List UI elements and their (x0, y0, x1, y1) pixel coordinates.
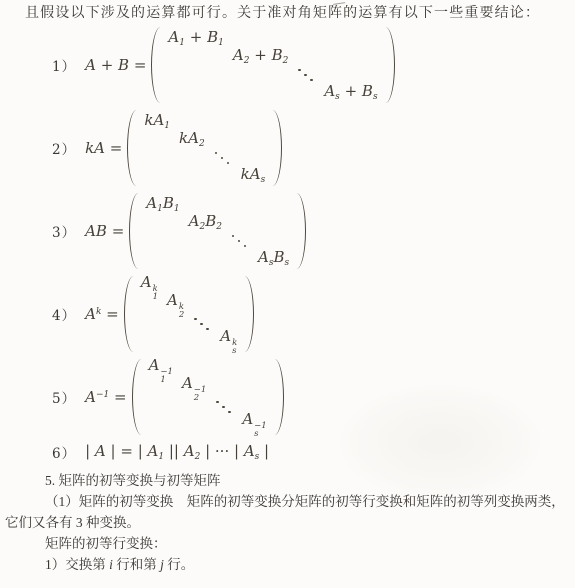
math-atom: B1 (207, 28, 224, 46)
math-atom-base: A (324, 82, 335, 100)
subscript: 1 (174, 204, 180, 214)
math-atom-base: A (182, 374, 193, 392)
math-atom: = (109, 388, 126, 406)
math-atom: B2 (205, 212, 222, 230)
math-atom-base: AB (85, 222, 107, 240)
math-atom-base: B (362, 82, 373, 100)
determinant-expression: | A | = | A1 || A2 | ··· | As | (85, 441, 269, 467)
subscript: 2 (199, 139, 205, 149)
math-atom-base: A (148, 442, 159, 460)
math-atom-base: A (146, 194, 157, 212)
math-atom-base: kA (85, 139, 105, 157)
math-atom: B1 (163, 194, 180, 212)
formula-6-label: 6） (52, 444, 76, 464)
subscript: s (284, 258, 289, 268)
math-atom: A2 (184, 442, 201, 460)
math-atom: A−12 (182, 374, 206, 392)
math-atom: = (101, 305, 118, 323)
math-atom: || (164, 442, 184, 460)
subscript: s (261, 175, 266, 185)
math-atom: = (129, 56, 146, 74)
math-atom-base: = (101, 305, 118, 323)
math-atom: | (85, 442, 95, 460)
subscript: 1 (153, 293, 158, 301)
formula-4-label: 4） (52, 304, 76, 324)
math-atom-base: 行和第 (113, 557, 160, 572)
formula-4: 4）Ak =Ak1Ak2Aks (52, 275, 575, 353)
math-atom-base: = (105, 139, 122, 157)
math-atom: AB (85, 222, 107, 240)
math-atom-base: B (272, 46, 283, 64)
matrix-entry: A−12 (182, 374, 206, 402)
math-atom-base: 1）交换第 (45, 557, 109, 572)
math-atom-base: A (85, 56, 96, 74)
subscript: s (232, 347, 236, 355)
math-atom: A−1s (242, 410, 266, 428)
math-atom: kA (85, 139, 105, 157)
matrix-entry: A1 + B1 (168, 28, 223, 48)
math-atom: + (340, 82, 362, 100)
math-atom-base: || (164, 442, 184, 460)
math-atom-base: | ··· | (200, 442, 243, 460)
math-atom-base: B (163, 194, 174, 212)
math-atom-base: A (189, 212, 200, 230)
math-atom-base: A (233, 46, 244, 64)
math-atom: Ak1 (141, 273, 158, 291)
matrix-grid: kA1kA2kAs (138, 109, 271, 187)
block-diagonal-matrix: Ak1Ak2Aks (124, 275, 255, 353)
formula-3: 3）AB =A1B1A2B2AsBs (52, 192, 575, 270)
block-diagonal-matrix: kA1kA2kAs (127, 109, 282, 187)
math-atom: + (185, 28, 207, 46)
math-atom: A2 (233, 46, 250, 64)
math-atom-base: A (149, 356, 160, 374)
formula-1-lhs: A + B = (85, 56, 146, 74)
math-atom-base: | (259, 442, 269, 460)
math-atom-base: A (242, 410, 253, 428)
diagonal-dots (214, 149, 232, 165)
formula-5-label: 5） (52, 387, 76, 407)
row-op-item-1-text: 1）交换第 i 行和第 j 行。 (45, 557, 194, 572)
math-atom: A1 (148, 442, 165, 460)
sup-sub-stack: ks (232, 339, 237, 355)
subscript: 2 (283, 56, 289, 66)
matrix-entry: Aks (220, 327, 237, 355)
math-atom-base: A (167, 291, 178, 309)
math-atom: Ak2 (167, 291, 184, 309)
math-atom-base: B (205, 212, 216, 230)
math-atom-base: = (129, 56, 146, 74)
math-atom-base: | (85, 442, 95, 460)
paragraph-line-1: （1）矩阵的初等变换 矩阵的初等变换分矩阵的初等行变换和矩阵的初等列变换两类， (0, 491, 575, 512)
math-atom: A−1 (85, 388, 109, 406)
matrix-entry: Ak1 (141, 273, 158, 301)
math-atom: + (249, 46, 271, 64)
math-atom: A2 (189, 212, 206, 230)
diagonal-dots (297, 66, 315, 82)
math-atom-base: = (107, 222, 124, 240)
scanned-textbook-page: 且假设以下涉及的运算都可行。关于准对角矩阵的运算有以下一些重要结论： 1）A +… (0, 0, 575, 588)
math-atom: 行。 (164, 557, 194, 572)
matrix-entry: A1B1 (146, 194, 179, 214)
matrix-grid: Ak1Ak2Aks (135, 275, 244, 353)
math-atom: As (244, 442, 259, 460)
subscript: 1 (164, 121, 170, 131)
formula-3-label: 3） (52, 221, 76, 241)
math-atom-base: A (244, 442, 255, 460)
math-atom-base: A (220, 327, 231, 345)
row-transform-title: 矩阵的初等行变换： (0, 533, 575, 554)
math-atom-base: kA (144, 111, 164, 129)
math-atom: Aks (220, 327, 237, 345)
math-atom-base: A (85, 388, 96, 406)
subscript: 2 (179, 311, 184, 319)
math-atom-base: B (118, 56, 129, 74)
matrix-grid: A1B1A2B2AsBs (140, 192, 295, 270)
block-diagonal-matrix: A1 + B1A2 + B2As + Bs (151, 26, 394, 104)
matrix-grid: A1 + B1A2 + B2As + Bs (162, 26, 383, 104)
math-atom: | = | (106, 442, 148, 460)
formula-2-label: 2） (52, 138, 76, 158)
subscript: 2 (216, 222, 222, 232)
math-atom: 1）交换第 (45, 557, 109, 572)
math-atom-base: + (249, 46, 271, 64)
block-diagonal-matrix: A1B1A2B2AsBs (129, 192, 306, 270)
matrix-entry: A−1s (242, 410, 266, 438)
superscript: −1 (96, 390, 109, 400)
matrix-entry: As + Bs (324, 82, 377, 102)
math-atom: + (96, 56, 118, 74)
sup-sub-stack: k2 (179, 303, 184, 319)
formula-list: 1）A + B =A1 + B1A2 + B2As + Bs2）kA =kA1k… (0, 26, 575, 436)
section-heading: 5. 矩阵的初等变换与初等矩阵 (0, 470, 575, 491)
math-atom: = (107, 222, 124, 240)
matrix-right-paren-icon (295, 193, 306, 269)
matrix-left-paren-icon (132, 359, 143, 435)
math-atom: A−11 (149, 356, 173, 374)
matrix-left-paren-icon (129, 193, 140, 269)
formula-3-lhs: AB = (85, 222, 124, 240)
formula-1-label: 1） (52, 55, 76, 75)
diagonal-dots (215, 398, 233, 414)
formula-2-lhs: kA = (85, 139, 122, 157)
math-atom-base: B (207, 28, 218, 46)
math-atom-base: A (258, 248, 269, 266)
matrix-entry: A2B2 (189, 212, 222, 232)
block-diagonal-matrix: A−11A−12A−1s (132, 358, 284, 436)
matrix-left-paren-icon (124, 276, 135, 352)
math-atom-base: A (95, 442, 106, 460)
matrix-right-paren-icon (243, 276, 254, 352)
intro-paragraph: 且假设以下涉及的运算都可行。关于准对角矩阵的运算有以下一些重要结论： (0, 3, 575, 24)
matrix-left-paren-icon (127, 110, 138, 186)
formula-4-lhs: Ak = (85, 305, 119, 323)
math-atom-base: + (96, 56, 118, 74)
math-atom: = (105, 139, 122, 157)
math-atom: | (259, 442, 269, 460)
subscript: s (254, 430, 258, 438)
math-atom: Bs (362, 82, 378, 100)
matrix-left-paren-icon (151, 27, 162, 103)
math-atom-base: + (340, 82, 362, 100)
matrix-entry: kA1 (144, 111, 170, 131)
subscript: 1 (218, 38, 224, 48)
diagonal-dots (193, 315, 211, 331)
math-atom: A (95, 442, 106, 460)
diagonal-dots (231, 232, 249, 248)
matrix-entry: kAs (241, 165, 266, 185)
math-atom: kAs (241, 165, 266, 183)
subscript: s (373, 92, 378, 102)
sup-sub-stack: −1s (254, 422, 267, 438)
matrix-right-paren-icon (384, 27, 395, 103)
math-atom: | ··· | (200, 442, 243, 460)
matrix-entry: Ak2 (167, 291, 184, 319)
formula-2: 2）kA =kA1kA2kAs (52, 109, 575, 187)
formula-1: 1）A + B =A1 + B1A2 + B2As + Bs (52, 26, 575, 104)
formula-5: 5）A−1 =A−11A−12A−1s (52, 358, 575, 436)
formula-5-lhs: A−1 = (85, 388, 126, 406)
math-atom: A (85, 56, 96, 74)
determinant-formula: 6） | A | = | A1 || A2 | ··· | As | (52, 441, 575, 467)
paragraph-line-2: 它们又各有 3 种变换。 (0, 512, 575, 533)
math-atom-base: A (141, 273, 152, 291)
matrix-grid: A−11A−12A−1s (143, 358, 273, 436)
math-atom-base: kA (179, 129, 199, 147)
math-atom-base: A (85, 305, 96, 323)
math-atom: As (258, 248, 273, 266)
row-op-item-1: 1）交换第 i 行和第 j 行。 (0, 554, 575, 575)
sup-sub-stack: −12 (194, 386, 207, 402)
matrix-entry: AsBs (258, 248, 289, 268)
math-atom: As (324, 82, 339, 100)
matrix-right-paren-icon (273, 359, 284, 435)
math-atom-base: kA (241, 165, 261, 183)
math-atom: A1 (146, 194, 163, 212)
matrix-right-paren-icon (271, 110, 282, 186)
math-atom: B (118, 56, 129, 74)
math-atom: A1 (168, 28, 185, 46)
sup-sub-stack: k1 (153, 285, 158, 301)
math-atom: B2 (272, 46, 289, 64)
matrix-entry: kA2 (179, 129, 205, 149)
math-atom: 行和第 (113, 557, 160, 572)
math-atom: Bs (273, 248, 289, 266)
math-atom: kA2 (179, 129, 205, 147)
math-atom-base: A (168, 28, 179, 46)
math-atom-base: | = | (106, 442, 148, 460)
math-atom-base: B (273, 248, 284, 266)
math-atom-base: = (109, 388, 126, 406)
sup-sub-stack: −11 (160, 368, 173, 384)
matrix-entry: A2 + B2 (233, 46, 288, 66)
math-atom-base: A (184, 442, 195, 460)
math-atom-base: 行。 (164, 557, 194, 572)
matrix-entry: A−11 (149, 356, 173, 384)
math-atom: Ak (85, 305, 101, 323)
subscript: 2 (194, 394, 199, 402)
math-atom: kA1 (144, 111, 170, 129)
subscript: 1 (160, 376, 165, 384)
math-atom-base: + (185, 28, 207, 46)
